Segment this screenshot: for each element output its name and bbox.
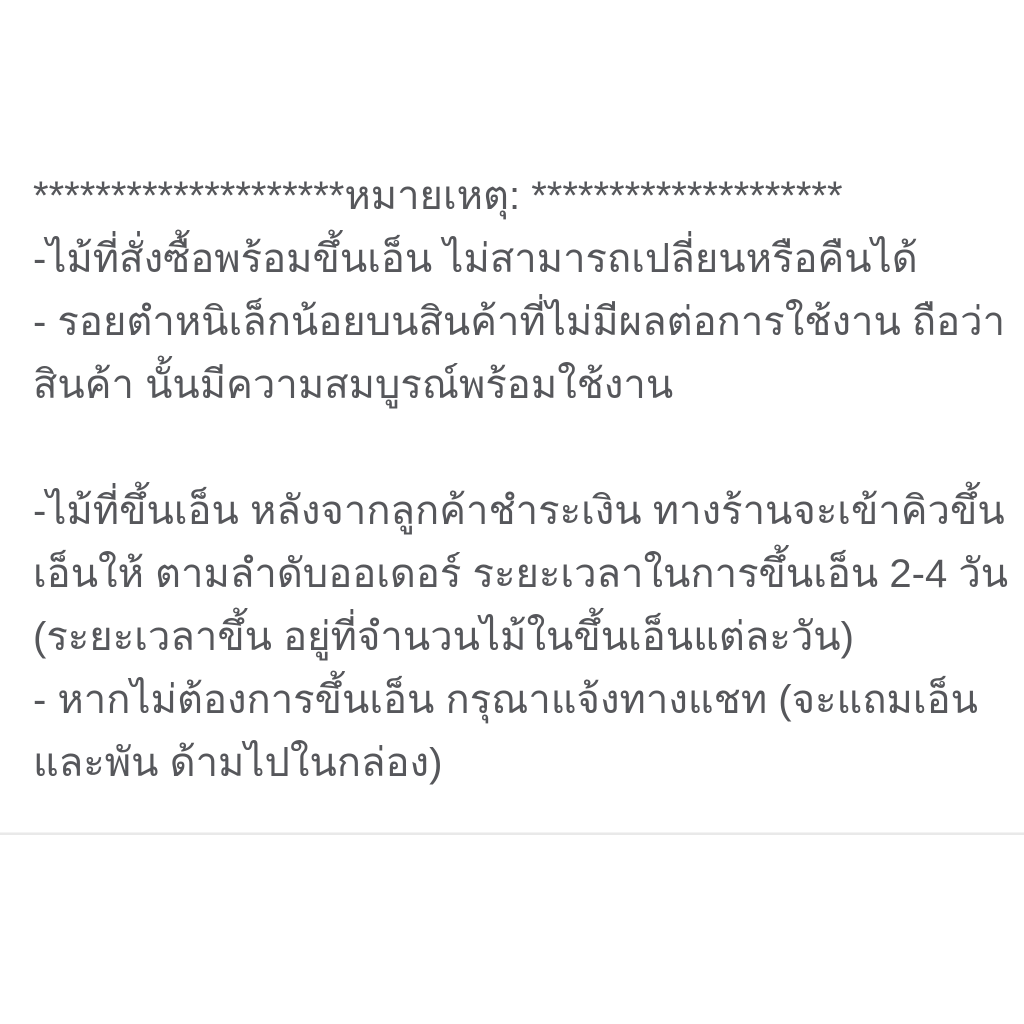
section-divider xyxy=(0,832,1024,835)
note-line: และพัน ด้ามไปในกล่อง) xyxy=(33,732,1024,795)
note-line: -ไม้ที่สั่งซื้อพร้อมขึ้นเอ็น ไม่สามารถเป… xyxy=(33,228,1024,291)
note-line: - หากไม่ต้องการขึ้นเอ็น กรุณาแจ้งทางแชท … xyxy=(33,669,1024,732)
note-line: สินค้า นั้นมีความสมบูรณ์พร้อมใช้งาน xyxy=(33,354,1024,417)
note-line: (ระยะเวลาขึ้น อยู่ที่จำนวนไม้ในขึ้นเอ็นแ… xyxy=(33,606,1024,669)
shop-note-text: ********************หมายเหตุ: **********… xyxy=(33,165,1024,795)
note-heading-line: ********************หมายเหตุ: **********… xyxy=(33,165,1024,228)
note-line: เอ็นให้ ตามลำดับออเดอร์ ระยะเวลาในการขึ้… xyxy=(33,543,1024,606)
note-blank-line xyxy=(33,417,1024,480)
note-line: -ไม้ที่ขึ้นเอ็น หลังจากลูกค้าชำระเงิน ทา… xyxy=(33,480,1024,543)
note-line: - รอยตำหนิเล็กน้อยบนสินค้าที่ไม่มีผลต่อก… xyxy=(33,291,1024,354)
